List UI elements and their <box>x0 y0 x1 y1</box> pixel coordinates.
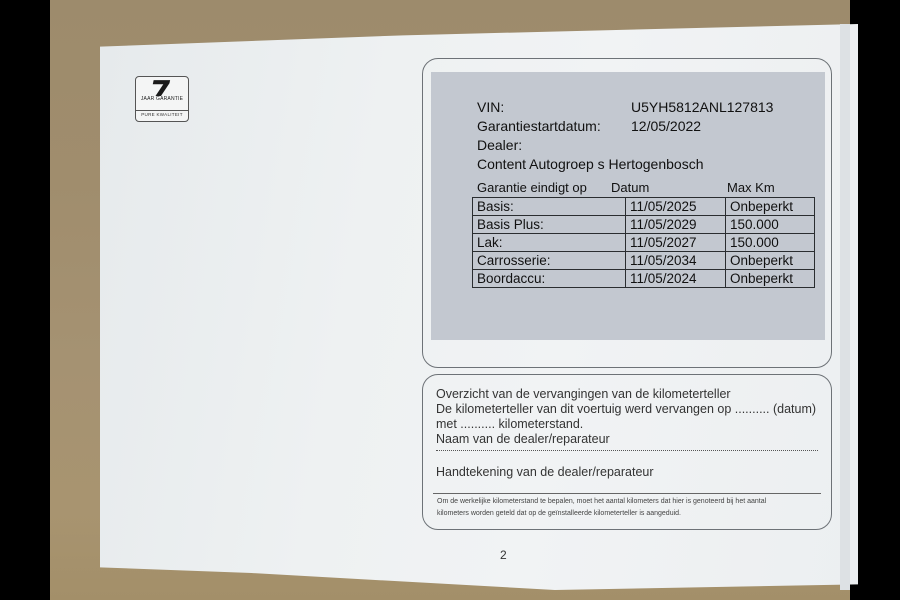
vin-value: U5YH5812ANL127813 <box>631 99 773 115</box>
cell-km: 150.000 <box>726 234 815 252</box>
cell-date: 11/05/2025 <box>626 198 726 216</box>
cell-date: 11/05/2027 <box>626 234 726 252</box>
seven-year-icon: 7 <box>145 75 173 110</box>
odometer-line2: met .......... kilometerstand. <box>436 417 583 431</box>
table-header-type: Garantie eindigt op <box>477 180 587 195</box>
dealer-name-label: Naam van de dealer/reparateur <box>436 432 610 446</box>
cell-date: 11/05/2034 <box>626 252 726 270</box>
dealer-label: Dealer: <box>477 137 522 153</box>
cell-type: Lak: <box>473 234 626 252</box>
cell-type: Boordaccu: <box>473 270 626 288</box>
booklet-spine <box>840 24 850 590</box>
dealer-name-field <box>436 450 818 451</box>
note-line2: kilometers worden geteld dat op de geïns… <box>437 510 681 517</box>
cell-date: 11/05/2029 <box>626 216 726 234</box>
vin-label: VIN: <box>477 99 504 115</box>
warranty-table: Basis:11/05/2025OnbeperktBasis Plus:11/0… <box>472 197 815 288</box>
cell-km: 150.000 <box>726 216 815 234</box>
table-row: Carrosserie:11/05/2034Onbeperkt <box>473 252 815 270</box>
logo-text-warranty: JAAR GARANTIE <box>138 96 186 102</box>
note-line1: Om de werkelijke kilometerstand te bepal… <box>437 498 766 505</box>
dealer-value: Content Autogroep s Hertogenbosch <box>477 156 704 172</box>
table-row: Boordaccu:11/05/2024Onbeperkt <box>473 270 815 288</box>
table-row: Lak:11/05/2027150.000 <box>473 234 815 252</box>
divider <box>433 493 821 494</box>
table-row: Basis:11/05/2025Onbeperkt <box>473 198 815 216</box>
start-date-value: 12/05/2022 <box>631 118 701 134</box>
cell-date: 11/05/2024 <box>626 270 726 288</box>
table-row: Basis Plus:11/05/2029150.000 <box>473 216 815 234</box>
table-header-date: Datum <box>611 180 649 195</box>
cell-km: Onbeperkt <box>726 270 815 288</box>
logo-text-quality: PURE KWALITEIT <box>136 112 188 117</box>
table-header-km: Max Km <box>727 180 775 195</box>
cell-type: Basis Plus: <box>473 216 626 234</box>
cell-type: Carrosserie: <box>473 252 626 270</box>
cell-km: Onbeperkt <box>726 252 815 270</box>
warranty-logo: 7 JAAR GARANTIE PURE KWALITEIT <box>135 76 189 122</box>
page-number: 2 <box>500 548 507 562</box>
signature-label: Handtekening van de dealer/reparateur <box>436 465 654 479</box>
odometer-line1: De kilometerteller van dit voertuig werd… <box>436 402 816 416</box>
odometer-title: Overzicht van de vervangingen van de kil… <box>436 387 731 401</box>
cell-km: Onbeperkt <box>726 198 815 216</box>
cell-type: Basis: <box>473 198 626 216</box>
logo-divider <box>136 110 188 111</box>
start-date-label: Garantiestartdatum: <box>477 118 601 134</box>
